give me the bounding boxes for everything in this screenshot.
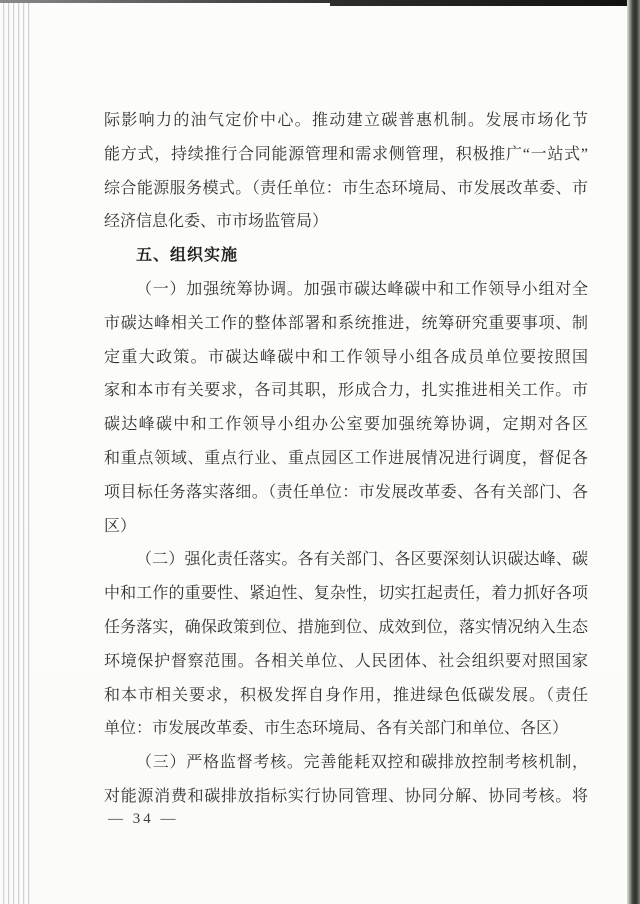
text-line: （二）强化责任落实。各有关部门、各区要深刻认识碳达峰、碳 <box>104 543 588 577</box>
text-line: （三）严格监督考核。完善能耗双控和碳排放控制考核机制， <box>104 746 588 780</box>
text-line: 区） <box>104 510 588 544</box>
scan-top-edge-shadow <box>330 0 640 6</box>
text-line: 环境保护督察范围。各相关单位、人民团体、社会组织要对照国家 <box>104 645 588 679</box>
section-heading: 五、组织实施 <box>104 239 588 273</box>
text-line: 家和本市有关要求，各司其职，形成合力，扎实推进相关工作。市 <box>104 374 588 408</box>
text-line: 碳达峰碳中和工作领导小组办公室要加强统筹协调，定期对各区 <box>104 408 588 442</box>
text-line: 和重点领域、重点行业、重点园区工作进展情况进行调度，督促各 <box>104 442 588 476</box>
text-line: 项目标任务落实落细。（责任单位：市发展改革委、各有关部门、各 <box>104 476 588 510</box>
text-line: 任务落实，确保政策到位、措施到位、成效到位，落实情况纳入生态 <box>104 611 588 645</box>
scan-page-stack-lines <box>0 3 30 904</box>
scan-right-edge-band <box>627 0 640 904</box>
text-line: 际影响力的油气定价中心。推动建立碳普惠机制。发展市场化节 <box>104 104 588 138</box>
page-number: — 34 — <box>108 808 179 830</box>
text-line: 单位：市发展改革委、市生态环境局、各有关部门和单位、各区） <box>104 712 588 746</box>
text-line: 能方式，持续推行合同能源管理和需求侧管理，积极推广“一站式” <box>104 138 588 172</box>
text-line: 中和工作的重要性、紧迫性、复杂性，切实扛起责任，着力抓好各项 <box>104 577 588 611</box>
text-line: 综合能源服务模式。（责任单位：市生态环境局、市发展改革委、市 <box>104 172 588 206</box>
text-line: 定重大政策。市碳达峰碳中和工作领导小组各成员单位要按照国 <box>104 341 588 375</box>
text-line: 和本市相关要求，积极发挥自身作用，推进绿色低碳发展。（责任 <box>104 679 588 713</box>
text-line: （一）加强统筹协调。加强市碳达峰碳中和工作领导小组对全 <box>104 273 588 307</box>
text-line: 市碳达峰相关工作的整体部署和系统推进，统筹研究重要事项、制 <box>104 307 588 341</box>
text-line: 经济信息化委、市市场监管局） <box>104 205 588 239</box>
document-text-column: 际影响力的油气定价中心。推动建立碳普惠机制。发展市场化节 能方式，持续推行合同能… <box>104 104 588 814</box>
